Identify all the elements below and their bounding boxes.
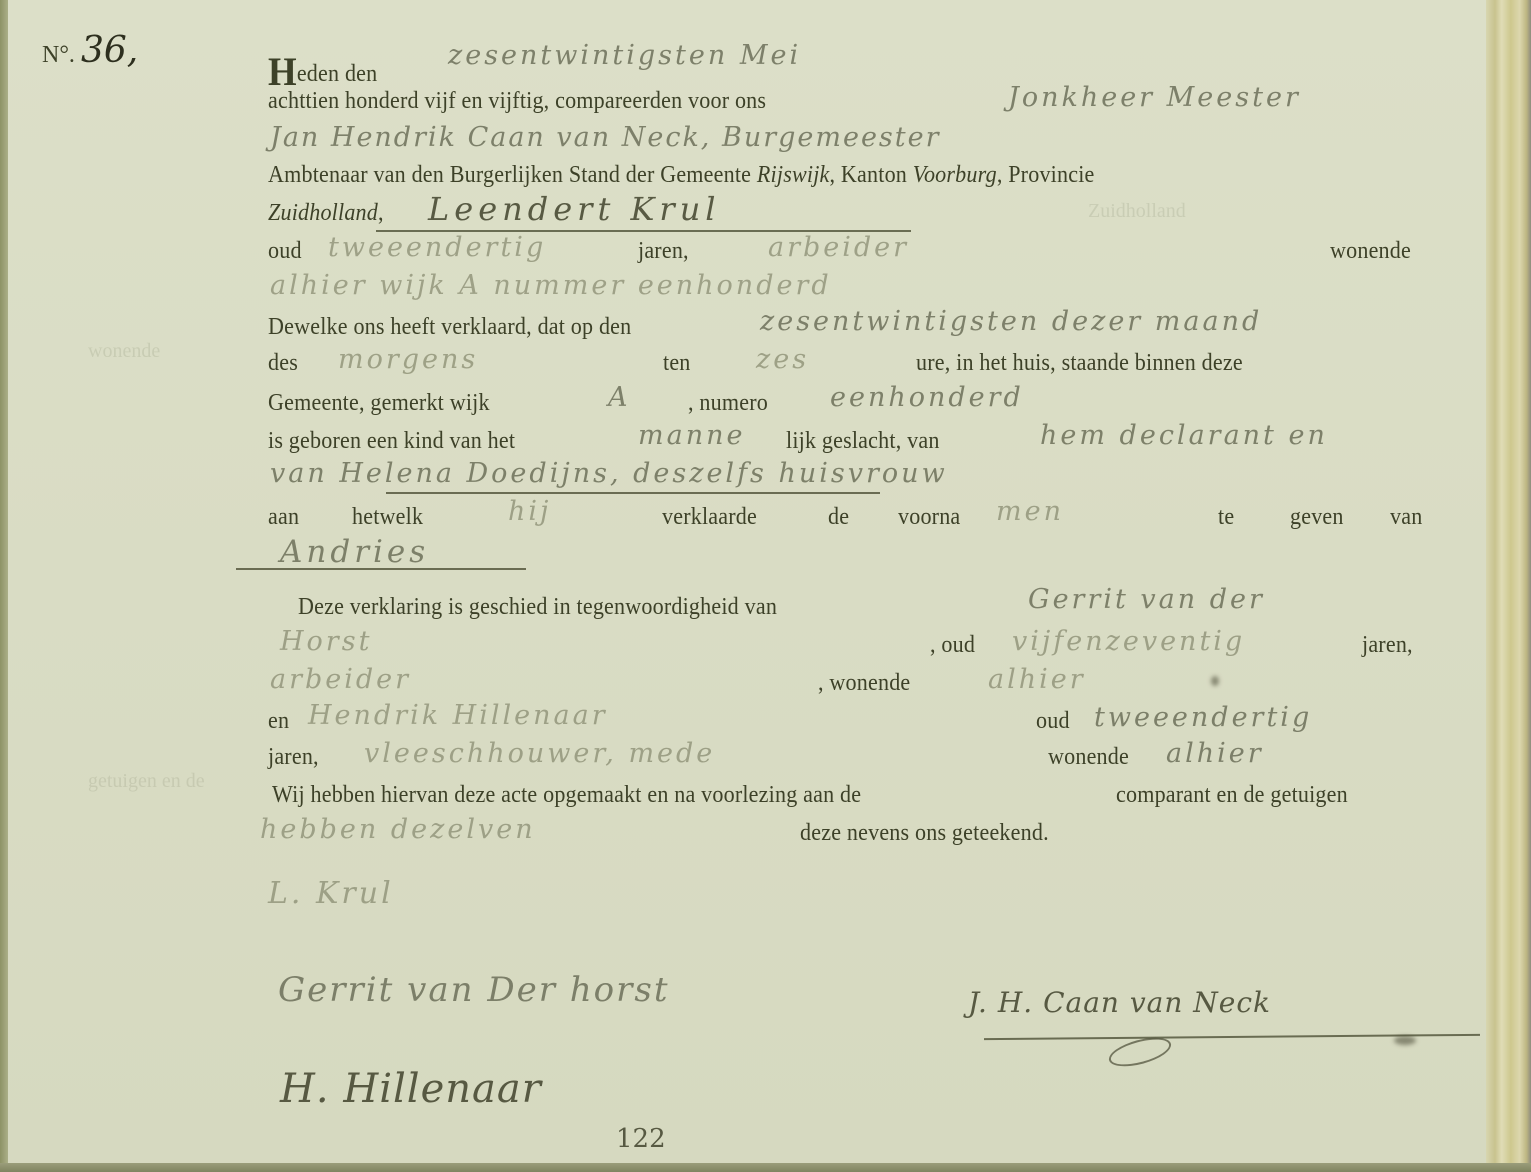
line-6-print-jaren: jaren,	[638, 238, 689, 265]
handwritten-witness-1: Gerrit van der	[1028, 584, 1265, 615]
handwritten-witness-1-occupation: arbeider	[270, 664, 411, 695]
line-13-aan: aan	[268, 504, 299, 531]
handwritten-father: hem declarant en	[1040, 420, 1328, 451]
line-18-en: en	[268, 708, 289, 735]
register-page: Zuidholland wonende getuigen en de N°. 3…	[8, 0, 1486, 1165]
handwritten-witness-2-occupation: vleeschhouwer, mede	[364, 738, 715, 769]
handwritten-witness-1-residence: alhier	[988, 664, 1086, 695]
line-11-print-a: is geboren een kind van het	[268, 428, 515, 455]
handwritten-gender: manne	[638, 420, 745, 451]
handwritten-mother: van Helena Doedijns, deszelfs huisvrouw	[270, 458, 948, 489]
handwritten-witness-2: Hendrik Hillenaar	[308, 700, 608, 731]
handwritten-age: tweeendertig	[328, 232, 546, 263]
line-10-print-b: , numero	[688, 390, 768, 417]
handwritten-birth-date: zesentwintigsten dezer maand	[760, 306, 1262, 337]
page-number: 122	[616, 1124, 666, 1154]
line-16-oud: , oud	[930, 632, 975, 659]
record-number: N°. 36,	[42, 30, 138, 71]
line-17-wonende: , wonende	[818, 670, 910, 697]
line-16-jaren: jaren,	[1362, 632, 1413, 659]
handwritten-hebben-dezelven: hebben dezelven	[260, 814, 536, 845]
line-20-print-a: Wij hebben hiervan deze acte opgemaakt e…	[272, 782, 861, 809]
ink-spot	[1394, 1036, 1416, 1045]
line-13-de: de	[828, 504, 849, 531]
handwritten-house-number: eenhonderd	[830, 382, 1024, 413]
show-through-text: getuigen en de	[88, 770, 205, 793]
line-11-print-b: lijk geslacht, van	[786, 428, 940, 455]
line-8-print: Dewelke ons heeft verklaard, dat op den	[268, 314, 631, 341]
signature-official: J. H. Caan van Neck	[968, 986, 1271, 1019]
ink-spot	[1211, 676, 1219, 686]
line-9-print-ten: ten	[663, 350, 691, 377]
line-6-print-wonende: wonende	[1330, 238, 1411, 265]
handwritten-title: Jonkheer Meester	[1008, 82, 1301, 113]
handwritten-time-of-day: morgens	[338, 344, 478, 375]
line-13-van: van	[1390, 504, 1422, 531]
signature-witness-1: Gerrit van Der horst	[278, 970, 670, 1010]
handwritten-ward: A	[608, 382, 631, 413]
canton: Voorburg	[913, 162, 997, 188]
handwritten-witness-2-age: tweeendertig	[1094, 702, 1312, 733]
handwritten-address: alhier wijk A nummer eenhonderd	[270, 270, 832, 301]
line-21-print: deze nevens ons geteekend.	[800, 820, 1049, 847]
signature-declarant: L. Krul	[268, 876, 394, 911]
line-13-verklaarde: verklaarde	[662, 504, 757, 531]
line-13-voorna: voorna	[898, 504, 960, 531]
handwritten-child-name: Andries	[280, 534, 429, 570]
page-stack-edge	[1486, 0, 1531, 1172]
line-2-print: achttien honderd vijf en vijftig, compar…	[268, 88, 766, 115]
signature-witness-2: H. Hillenaar	[280, 1066, 542, 1112]
handwritten-witness-2-residence: alhier	[1166, 738, 1264, 769]
handwritten-men: men	[996, 496, 1064, 527]
municipality: Rijswijk	[757, 162, 830, 188]
handwritten-witness-1-surname: Horst	[280, 626, 372, 657]
handwritten-declarant-name: Leendert Krul	[428, 190, 721, 228]
handwritten-occupation: arbeider	[768, 232, 909, 263]
handwritten-witness-1-age: vijfenzeventig	[1012, 626, 1245, 657]
line-19-jaren: jaren,	[268, 744, 319, 771]
line-13-te: te	[1218, 504, 1234, 531]
line-13-geven: geven	[1290, 504, 1344, 531]
province: Zuidholland	[268, 200, 378, 226]
child-name-underline	[236, 568, 526, 570]
line-20-print-b: comparant en de getuigen	[1116, 782, 1348, 809]
handwritten-hour: zes	[756, 344, 809, 375]
line-13-hetwelk: hetwelk	[352, 504, 423, 531]
mother-underline	[386, 492, 880, 494]
line-9-print-des: des	[268, 350, 298, 377]
handwritten-date: zesentwintigsten Mei	[448, 40, 801, 71]
line-9-print-rest: ure, in het huis, staande binnen deze	[916, 350, 1243, 377]
handwritten-hij: hij	[508, 496, 551, 527]
line-5-print: Zuidholland,	[268, 200, 384, 227]
line-18-oud: oud	[1036, 708, 1070, 735]
show-through-text: wonende	[88, 340, 160, 363]
line-10-print-a: Gemeente, gemerkt wijk	[268, 390, 490, 417]
line-19-wonende: wonende	[1048, 744, 1129, 771]
handwritten-official-name: Jan Hendrik Caan van Neck, Burgemeester	[270, 122, 941, 153]
line-4-print: Ambtenaar van den Burgerlijken Stand der…	[268, 162, 1095, 189]
line-6-print-oud: oud	[268, 238, 302, 265]
line-15-print: Deze verklaring is geschied in tegenwoor…	[298, 594, 777, 621]
show-through-text: Zuidholland	[1088, 200, 1186, 223]
book-bottom-edge	[0, 1163, 1531, 1172]
